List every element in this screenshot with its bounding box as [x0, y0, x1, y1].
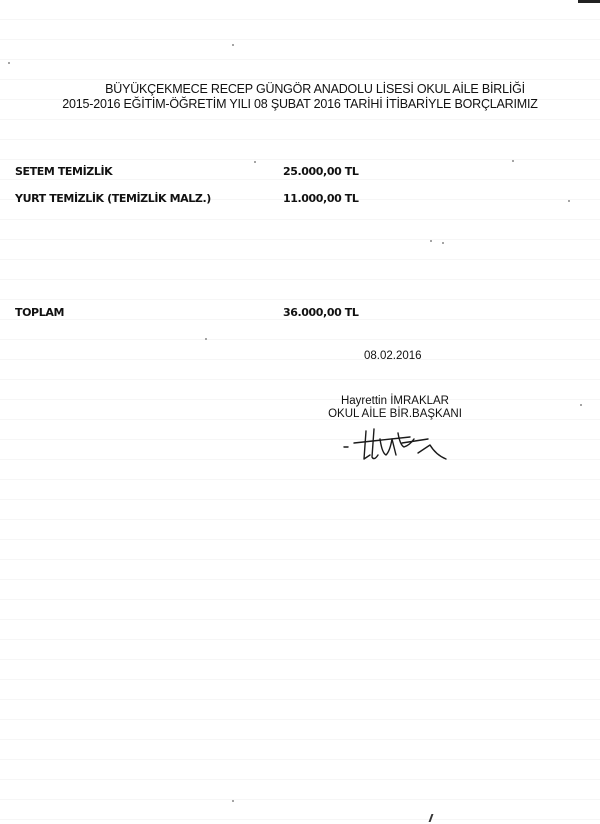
- scan-speck: [442, 242, 444, 244]
- total-amount: 36.000,00 TL: [283, 306, 358, 319]
- scan-artifact: [429, 814, 440, 822]
- document-header: BÜYÜKÇEKMECE RECEP GÜNGÖR ANADOLU LİSESİ…: [0, 82, 600, 112]
- scan-artifact: [578, 0, 600, 3]
- scan-speck: [512, 160, 514, 162]
- signer-name: Hayrettin İMRAKLAR: [300, 395, 490, 408]
- scan-speck: [580, 404, 582, 406]
- signer-block: Hayrettin İMRAKLAR OKUL AİLE BİR.BAŞKANI: [300, 395, 490, 421]
- signature-icon: [340, 425, 460, 465]
- scan-speck: [205, 338, 207, 340]
- scan-speck: [232, 44, 234, 46]
- debt-label: YURT TEMİZLİK (TEMİZLİK MALZ.): [15, 192, 211, 205]
- scan-speck: [254, 161, 256, 163]
- debt-label: SETEM TEMİZLİK: [15, 165, 112, 178]
- debt-amount: 11.000,00 TL: [283, 192, 358, 205]
- header-title: BÜYÜKÇEKMECE RECEP GÜNGÖR ANADOLU LİSESİ…: [0, 82, 600, 97]
- scan-speck: [232, 800, 234, 802]
- total-label: TOPLAM: [15, 306, 64, 319]
- scan-speck: [430, 240, 432, 242]
- scanned-page: BÜYÜKÇEKMECE RECEP GÜNGÖR ANADOLU LİSESİ…: [0, 0, 600, 824]
- debt-amount: 25.000,00 TL: [283, 165, 358, 178]
- signer-title: OKUL AİLE BİR.BAŞKANI: [300, 408, 490, 421]
- document-date: 08.02.2016: [364, 350, 422, 362]
- scan-artifact: [85, 812, 175, 824]
- header-subtitle: 2015-2016 EĞİTİM-ÖĞRETİM YILI 08 ŞUBAT 2…: [0, 97, 600, 112]
- scan-speck: [8, 62, 10, 64]
- scan-speck: [568, 200, 570, 202]
